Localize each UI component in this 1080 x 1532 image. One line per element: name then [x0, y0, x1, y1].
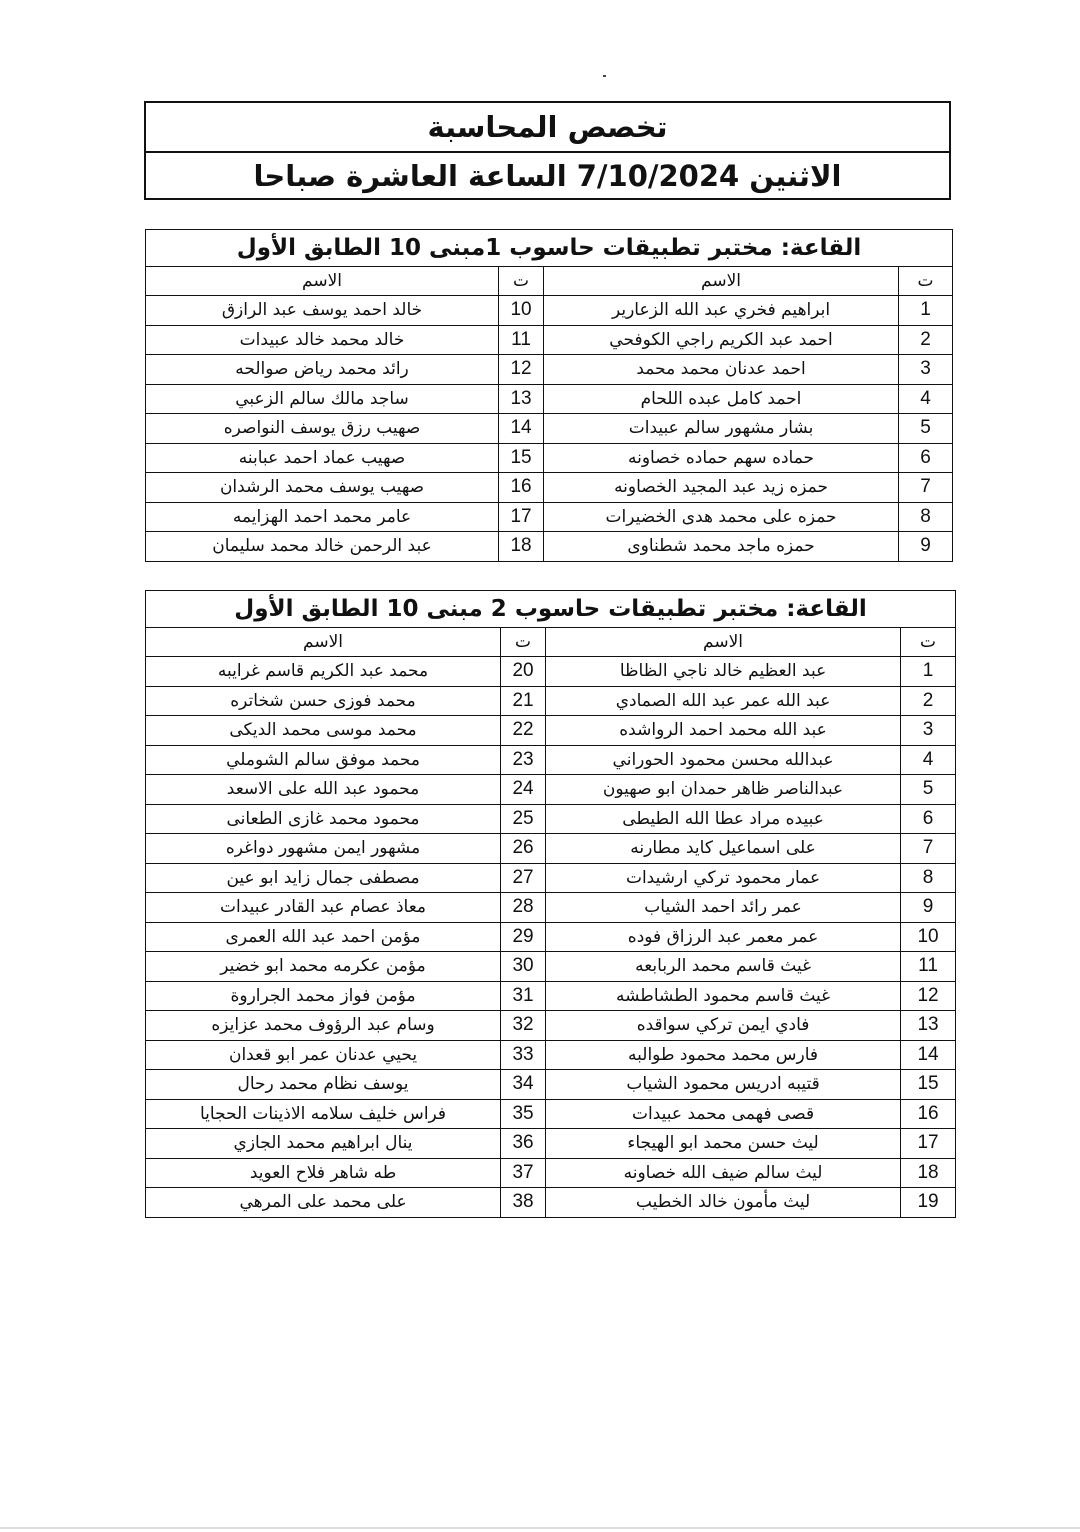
student-name: عمار محمود تركي ارشيدات	[546, 863, 901, 893]
row-number: 19	[901, 1188, 956, 1218]
student-name: محمود عبد الله على الاسعد	[146, 775, 501, 805]
student-name: عمر معمر عبد الرزاق فوده	[546, 922, 901, 952]
row-number: 12	[901, 981, 956, 1011]
student-name: محمد عبد الكريم قاسم غرايبه	[146, 657, 501, 687]
table-row: 9عمر رائد احمد الشياب28معاذ عصام عبد الق…	[146, 893, 956, 923]
student-name: عبد الرحمن خالد محمد سليمان	[146, 532, 499, 562]
row-number: 31	[501, 981, 546, 1011]
table-row: 9حمزه ماجد محمد شطناوى18عبد الرحمن خالد …	[146, 532, 953, 562]
student-name: احمد عبد الكريم راجي الكوفحي	[544, 325, 899, 355]
table-row: 16قصى فهمى محمد عبيدات35فراس خليف سلامه …	[146, 1099, 956, 1129]
student-name: معاذ عصام عبد القادر عبيدات	[146, 893, 501, 923]
hall-title: القاعة: مختبر تطبيقات حاسوب 1مبنى 10 الط…	[146, 230, 953, 267]
row-number: 4	[899, 384, 953, 414]
document-header: تخصص المحاسبة الاثنين 7/10/2024 الساعة ا…	[144, 101, 951, 200]
row-number: 22	[501, 716, 546, 746]
row-number: 10	[499, 296, 544, 326]
row-number: 4	[901, 745, 956, 775]
student-name: صهيب رزق يوسف النواصره	[146, 414, 499, 444]
page-edge	[0, 1527, 1080, 1529]
student-name: محمود محمد غازى الطعانى	[146, 804, 501, 834]
table-row: 17ليث حسن محمد ابو الهيجاء36ينال ابراهيم…	[146, 1129, 956, 1159]
row-number: 14	[901, 1040, 956, 1070]
row-number: 24	[501, 775, 546, 805]
hall-title: القاعة: مختبر تطبيقات حاسوب 2 مبنى 10 ال…	[146, 591, 956, 628]
row-number: 32	[501, 1011, 546, 1041]
row-number: 9	[899, 532, 953, 562]
table-row: 3عبد الله محمد احمد الرواشده22محمد موسى …	[146, 716, 956, 746]
student-name: خالد محمد خالد عبيدات	[146, 325, 499, 355]
table-row: 7حمزه زيد عبد المجيد الخصاونه16صهيب يوسف…	[146, 473, 953, 503]
student-name: قصى فهمى محمد عبيدات	[546, 1099, 901, 1129]
row-number: 2	[899, 325, 953, 355]
row-number: 11	[901, 952, 956, 982]
row-number: 14	[499, 414, 544, 444]
table-row: 13فادي ايمن تركي سواقده32وسام عبد الرؤوف…	[146, 1011, 956, 1041]
row-number: 10	[901, 922, 956, 952]
row-number: 27	[501, 863, 546, 893]
table-row: 15قتيبه ادريس محمود الشياب34يوسف نظام مح…	[146, 1070, 956, 1100]
row-number: 1	[901, 657, 956, 687]
table-row: 12غيث قاسم محمود الطشاطشه31مؤمن فواز محم…	[146, 981, 956, 1011]
student-name: غيث قاسم محمد الربابعه	[546, 952, 901, 982]
row-number: 37	[501, 1158, 546, 1188]
student-name: وسام عبد الرؤوف محمد عزايزه	[146, 1011, 501, 1041]
row-number: 20	[501, 657, 546, 687]
student-name: عامر محمد احمد الهزايمه	[146, 502, 499, 532]
student-name: غيث قاسم محمود الطشاطشه	[546, 981, 901, 1011]
table-row: 5بشار مشهور سالم عبيدات14صهيب رزق يوسف ا…	[146, 414, 953, 444]
row-number: 5	[899, 414, 953, 444]
table-row: 7على اسماعيل كايد مطارنه26مشهور ايمن مشه…	[146, 834, 956, 864]
table-row: 8عمار محمود تركي ارشيدات27مصطفى جمال زاي…	[146, 863, 956, 893]
table-row: 11غيث قاسم محمد الربابعه30مؤمن عكرمه محم…	[146, 952, 956, 982]
student-name: عبد العظيم خالد ناجي الظاظا	[546, 657, 901, 687]
student-name: يحيي عدنان عمر ابو قعدان	[146, 1040, 501, 1070]
student-name: فادي ايمن تركي سواقده	[546, 1011, 901, 1041]
col-header-name: الاسم	[146, 267, 499, 296]
row-number: 15	[499, 443, 544, 473]
row-number: 3	[899, 355, 953, 385]
col-header-number: ت	[501, 628, 546, 657]
row-number: 5	[901, 775, 956, 805]
row-number: 38	[501, 1188, 546, 1218]
student-name: عبيده مراد عطا الله الطيطى	[546, 804, 901, 834]
table-row: 6عبيده مراد عطا الله الطيطى25محمود محمد …	[146, 804, 956, 834]
student-name: بشار مشهور سالم عبيدات	[544, 414, 899, 444]
student-name: صهيب يوسف محمد الرشدان	[146, 473, 499, 503]
col-header-name: الاسم	[546, 628, 901, 657]
table-row: 14فارس محمد محمود طوالبه33يحيي عدنان عمر…	[146, 1040, 956, 1070]
row-number: 13	[901, 1011, 956, 1041]
col-header-name: الاسم	[146, 628, 501, 657]
row-number: 6	[899, 443, 953, 473]
hall-1-table: القاعة: مختبر تطبيقات حاسوب 1مبنى 10 الط…	[145, 229, 953, 562]
row-number: 33	[501, 1040, 546, 1070]
row-number: 12	[499, 355, 544, 385]
table-row: 4عبدالله محسن محمود الحوراني23محمد موفق …	[146, 745, 956, 775]
row-number: 36	[501, 1129, 546, 1159]
row-number: 7	[901, 834, 956, 864]
row-number: 1	[899, 296, 953, 326]
row-number: 8	[901, 863, 956, 893]
row-number: 9	[901, 893, 956, 923]
table-row: 18ليث سالم ضيف الله خصاونه37طه شاهر فلاح…	[146, 1158, 956, 1188]
student-name: عبد الله عمر عبد الله الصمادي	[546, 686, 901, 716]
row-number: 25	[501, 804, 546, 834]
row-number: 35	[501, 1099, 546, 1129]
row-number: 17	[901, 1129, 956, 1159]
row-number: 30	[501, 952, 546, 982]
student-name: حمزه زيد عبد المجيد الخصاونه	[544, 473, 899, 503]
table-row: 2احمد عبد الكريم راجي الكوفحي11خالد محمد…	[146, 325, 953, 355]
row-number: 15	[901, 1070, 956, 1100]
student-name: حمزه على محمد هدى الخضيرات	[544, 502, 899, 532]
student-name: محمد فوزى حسن شخاتره	[146, 686, 501, 716]
student-name: يوسف نظام محمد رحال	[146, 1070, 501, 1100]
student-name: مؤمن عكرمه محمد ابو خضير	[146, 952, 501, 982]
table-row: 19ليث مأمون خالد الخطيب38على محمد على ال…	[146, 1188, 956, 1218]
table-row: 3احمد عدنان محمد محمد12رائد محمد رياض صو…	[146, 355, 953, 385]
student-name: عبدالناصر ظاهر حمدان ابو صهيون	[546, 775, 901, 805]
row-number: 13	[499, 384, 544, 414]
document-title: تخصص المحاسبة	[146, 103, 949, 151]
row-number: 18	[499, 532, 544, 562]
row-number: 29	[501, 922, 546, 952]
row-number: 8	[899, 502, 953, 532]
row-number: 16	[901, 1099, 956, 1129]
table-row: 5عبدالناصر ظاهر حمدان ابو صهيون24محمود ع…	[146, 775, 956, 805]
student-name: عبدالله محسن محمود الحوراني	[546, 745, 901, 775]
row-number: 6	[901, 804, 956, 834]
student-name: رائد محمد رياض صوالحه	[146, 355, 499, 385]
student-name: مصطفى جمال زايد ابو عين	[146, 863, 501, 893]
table-row: 8حمزه على محمد هدى الخضيرات17عامر محمد ا…	[146, 502, 953, 532]
student-name: خالد احمد يوسف عبد الرازق	[146, 296, 499, 326]
table-row: 10عمر معمر عبد الرزاق فوده29مؤمن احمد عب…	[146, 922, 956, 952]
col-header-number: ت	[899, 267, 953, 296]
col-header-name: الاسم	[544, 267, 899, 296]
student-name: مشهور ايمن مشهور دواغره	[146, 834, 501, 864]
table-row: 2عبد الله عمر عبد الله الصمادي21محمد فوز…	[146, 686, 956, 716]
document-subtitle: الاثنين 7/10/2024 الساعة العاشرة صباحا	[146, 151, 949, 201]
row-number: 23	[501, 745, 546, 775]
student-name: على اسماعيل كايد مطارنه	[546, 834, 901, 864]
student-name: ساجد مالك سالم الزعبي	[146, 384, 499, 414]
student-name: عبد الله محمد احمد الرواشده	[546, 716, 901, 746]
student-name: ينال ابراهيم محمد الجازي	[146, 1129, 501, 1159]
student-name: ليث مأمون خالد الخطيب	[546, 1188, 901, 1218]
student-name: احمد عدنان محمد محمد	[544, 355, 899, 385]
row-number: 21	[501, 686, 546, 716]
table-row: 6حماده سهم حماده خصاونه15صهيب عماد احمد …	[146, 443, 953, 473]
table-row: 1ابراهيم فخري عبد الله الزعارير10خالد اح…	[146, 296, 953, 326]
col-header-number: ت	[499, 267, 544, 296]
student-name: فارس محمد محمود طوالبه	[546, 1040, 901, 1070]
student-name: على محمد على المرهي	[146, 1188, 501, 1218]
row-number: 18	[901, 1158, 956, 1188]
student-name: مؤمن احمد عبد الله العمرى	[146, 922, 501, 952]
table-row: 4احمد كامل عبده اللحام13ساجد مالك سالم ا…	[146, 384, 953, 414]
row-number: 3	[901, 716, 956, 746]
scan-speck	[603, 75, 606, 77]
row-number: 7	[899, 473, 953, 503]
student-name: محمد موفق سالم الشوملي	[146, 745, 501, 775]
row-number: 28	[501, 893, 546, 923]
student-name: ابراهيم فخري عبد الله الزعارير	[544, 296, 899, 326]
table-row: 1عبد العظيم خالد ناجي الظاظا20محمد عبد ا…	[146, 657, 956, 687]
student-name: عمر رائد احمد الشياب	[546, 893, 901, 923]
student-name: ليث سالم ضيف الله خصاونه	[546, 1158, 901, 1188]
row-number: 17	[499, 502, 544, 532]
student-name: طه شاهر فلاح العويد	[146, 1158, 501, 1188]
col-header-number: ت	[901, 628, 956, 657]
row-number: 16	[499, 473, 544, 503]
student-name: محمد موسى محمد الديكى	[146, 716, 501, 746]
student-name: حمزه ماجد محمد شطناوى	[544, 532, 899, 562]
student-name: ليث حسن محمد ابو الهيجاء	[546, 1129, 901, 1159]
row-number: 11	[499, 325, 544, 355]
student-name: صهيب عماد احمد عبابنه	[146, 443, 499, 473]
student-name: مؤمن فواز محمد الجراروة	[146, 981, 501, 1011]
student-name: فراس خليف سلامه الاذينات الحجايا	[146, 1099, 501, 1129]
row-number: 2	[901, 686, 956, 716]
row-number: 34	[501, 1070, 546, 1100]
hall-2-table: القاعة: مختبر تطبيقات حاسوب 2 مبنى 10 ال…	[145, 590, 956, 1218]
row-number: 26	[501, 834, 546, 864]
student-name: حماده سهم حماده خصاونه	[544, 443, 899, 473]
student-name: احمد كامل عبده اللحام	[544, 384, 899, 414]
student-name: قتيبه ادريس محمود الشياب	[546, 1070, 901, 1100]
